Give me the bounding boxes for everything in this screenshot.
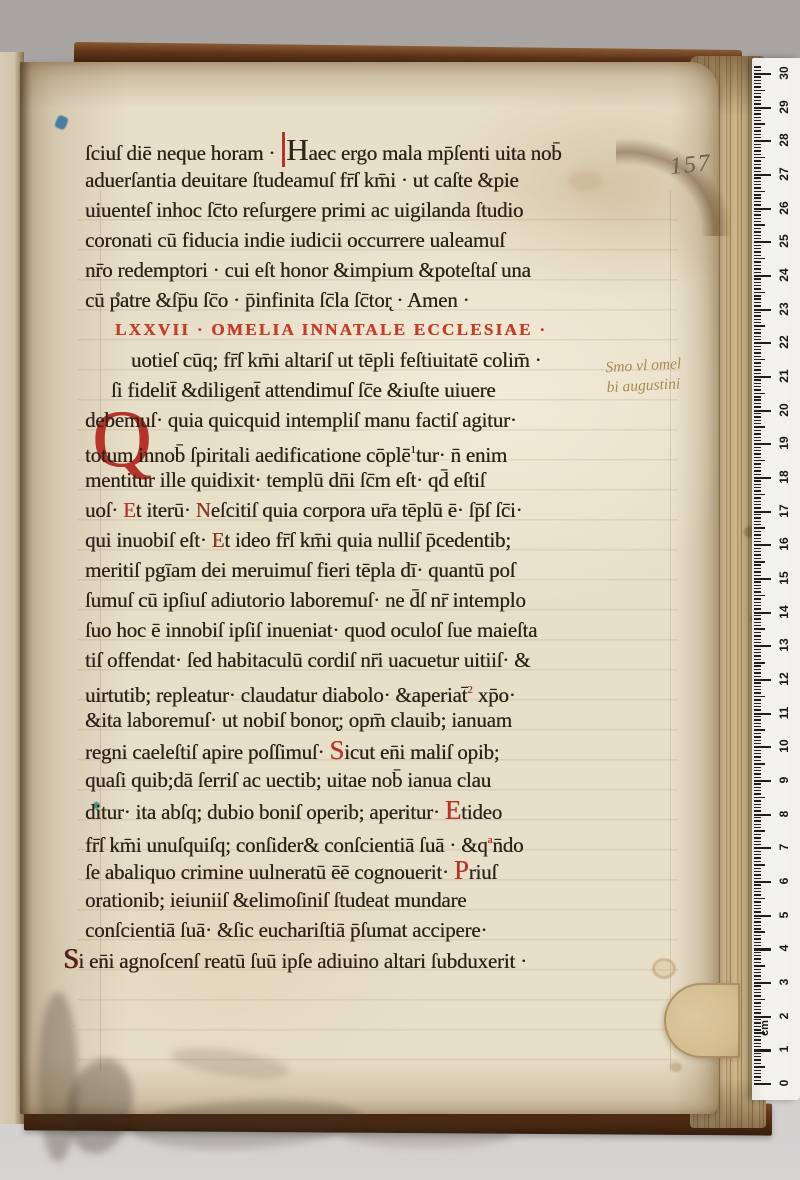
ruler-tick	[754, 96, 761, 97]
ruler-tick	[754, 955, 761, 956]
line-text: regni caeleſtiſ apire poſſimuſ·	[85, 740, 329, 764]
text-line: meritiſ pgīam dei meruimuſ fieri tēpla d…	[85, 555, 515, 585]
ruler-tick	[754, 918, 761, 919]
ruler-tick	[754, 221, 761, 222]
text-line: ſi fidelit̄ &diligent̄ attendimuſ ſc̄e &…	[111, 375, 495, 405]
line-text: fr̄ſ km̄i unuſquiſq; conſider& conſcient…	[85, 833, 488, 857]
ruler-tick	[754, 871, 761, 872]
ruler-tick	[754, 1053, 761, 1054]
ruler-tick	[754, 706, 761, 707]
ruler-tick	[754, 770, 761, 771]
line-text: eſcitiſ quia corpora ur̄a tēplū ē· ſp̄ſ …	[211, 498, 523, 522]
ruler-tick	[754, 157, 765, 158]
ruler-tick	[754, 107, 771, 109]
ruler-tick	[754, 878, 761, 879]
text-line: uiuenteſ inhoc ſc̄to reſurgere primi ac …	[85, 195, 523, 225]
ruler-tick	[754, 915, 771, 917]
ruler-tick	[754, 110, 761, 111]
ruler-tick	[754, 80, 761, 81]
ruler-number: 26	[776, 197, 792, 219]
ruler-tick	[754, 113, 761, 114]
ruler-tick	[754, 527, 765, 528]
ruler-tick	[754, 854, 761, 855]
ruler-tick	[754, 349, 761, 350]
ruler-tick	[754, 1076, 761, 1077]
ruler-tick	[754, 814, 771, 816]
ruler-tick	[754, 393, 765, 394]
line-text: riuſ	[469, 860, 497, 884]
ruler-tick	[754, 753, 761, 754]
highlighted-letter: E	[445, 795, 461, 825]
ruler-tick	[754, 123, 765, 124]
line-text: icut en̄i maliſ opib;	[344, 740, 499, 764]
ruler-tick	[754, 258, 765, 259]
text-line: fr̄ſ km̄i unuſquiſq; conſider& conſcient…	[85, 825, 523, 855]
ruler-tick	[754, 1006, 761, 1007]
ruler-tick	[754, 356, 761, 357]
highlighted-letter: S	[329, 735, 344, 765]
ruler-number: 21	[776, 365, 792, 387]
ruler-tick	[754, 554, 761, 555]
ruler-tick	[754, 127, 761, 128]
ruler-tick	[754, 713, 771, 715]
ruler-tick	[754, 191, 765, 192]
ruler-tick	[754, 635, 761, 636]
ruler-tick	[754, 645, 771, 647]
line-text: meritiſ pgīam dei meruimuſ fieri tēpla d…	[85, 558, 515, 582]
text-line: ditur· ita abſq; dubio boniſ operib; ape…	[85, 795, 502, 825]
ruler-tick	[754, 938, 761, 939]
text-line: quaſi quib;dā ſerriſ ac uectib; uitae no…	[85, 765, 491, 795]
ruler-tick	[754, 985, 761, 986]
text-line: aduerſantia deuitare ſtudeamuſ fr̄ſ km̄i…	[85, 165, 519, 195]
ruler-tick	[754, 440, 761, 441]
ruler-tick	[754, 777, 761, 778]
line-text: totum innob̄ ſpiritali aedificatione cōp…	[85, 443, 410, 467]
ruler-number: 19	[776, 432, 792, 454]
ruler-tick	[754, 793, 761, 794]
ruler-tick	[754, 622, 761, 623]
ruler-tick	[754, 564, 761, 565]
line-text: aduerſantia deuitare ſtudeamuſ fr̄ſ km̄i…	[85, 168, 519, 192]
ruler-tick	[754, 810, 761, 811]
ruler-tick	[754, 134, 761, 135]
ruler-tick	[754, 477, 771, 479]
ruler-tick	[754, 410, 771, 412]
ruler-tick	[754, 787, 761, 788]
line-text: xp̄o·	[473, 683, 516, 707]
text-line: ſuo hoc ē innobiſ ipſiſ inueniat· quod o…	[85, 615, 537, 645]
ruler-tick	[754, 911, 761, 912]
ruler-tick	[754, 362, 761, 363]
line-text: n̄do	[492, 833, 523, 857]
ruler-tick	[754, 908, 761, 909]
ruler-tick	[754, 517, 761, 518]
ruler-tick	[754, 1070, 761, 1071]
ruler-tick	[754, 1022, 761, 1023]
ruler-tick	[754, 1009, 761, 1010]
ruler-number: 30	[776, 62, 792, 84]
ruler-tick	[754, 1083, 771, 1085]
ruler-tick	[754, 763, 765, 764]
ruler-tick	[754, 1056, 761, 1057]
smudge	[342, 1120, 512, 1148]
ruler-tick	[754, 386, 761, 387]
ruler-tick	[754, 834, 761, 835]
ruler-tick	[754, 891, 761, 892]
ruler-tick	[754, 703, 761, 704]
ruler-tick	[754, 90, 765, 91]
ruler-tick	[754, 1080, 761, 1081]
ruler-tick	[754, 245, 761, 246]
ruler-tick	[754, 447, 761, 448]
ruler-tick	[754, 261, 761, 262]
ruler-tick	[754, 285, 761, 286]
ruler-number: 12	[776, 668, 792, 690]
ruler-tick	[754, 208, 771, 210]
ruler-tick	[754, 952, 761, 953]
text-line: ſe abaliquo crimine uulneratū ēē cognoue…	[85, 855, 497, 885]
ruler-tick	[754, 989, 761, 990]
ruler-tick	[754, 278, 761, 279]
ruler-tick	[754, 383, 761, 384]
text-line: debemuſ· quia quicquid intempliſ manu fa…	[85, 405, 517, 435]
ruler-tick	[754, 541, 761, 542]
text-line: conſcientiā ſuā· &ſic euchariſtiā p̄ſuma…	[85, 915, 487, 945]
ruler-tick	[754, 538, 761, 539]
ruler-tick	[754, 1012, 761, 1013]
text-line: totum innob̄ ſpiritali aedificatione cōp…	[85, 435, 507, 465]
text-line: uirtutib; repleatur· claudatur diabolo· …	[85, 675, 516, 705]
ruler-tick	[754, 874, 761, 875]
ruler-tick	[754, 204, 761, 205]
ruler-number: 9	[776, 769, 792, 791]
line-text: LXXVII · OMELIA INNATALE ECCLESIAE ·	[115, 320, 547, 339]
ruler-tick	[754, 824, 761, 825]
ruler-tick	[754, 450, 761, 451]
ruler-tick	[754, 359, 765, 360]
ruler-tick	[754, 969, 761, 970]
ruler-tick	[754, 699, 761, 700]
ruler-tick	[754, 268, 761, 269]
ruler-tick	[754, 773, 761, 774]
ruler-tick	[754, 901, 761, 902]
ruler-tick	[754, 972, 761, 973]
ruler-tick	[754, 817, 761, 818]
ruler-tick	[754, 931, 765, 932]
ruler-tick	[754, 945, 761, 946]
ruler-tick	[754, 305, 761, 306]
ruler-number: 18	[776, 466, 792, 488]
ruler-tick	[754, 820, 761, 821]
ruler-number: 22	[776, 331, 792, 353]
ruler-tick	[754, 86, 761, 87]
text-line: nr̄o redemptori · cui eſt honor &impium …	[85, 255, 531, 285]
ruler-number: 25	[776, 230, 792, 252]
ruler-tick	[754, 460, 765, 461]
ruler-tick	[754, 224, 765, 225]
ruler-tick	[754, 396, 761, 397]
text-line: regni caeleſtiſ apire poſſimuſ· Sicut en…	[85, 735, 499, 765]
ruler-tick	[754, 342, 771, 344]
ruler-tick	[754, 255, 761, 256]
ruler-number: 16	[776, 533, 792, 555]
ruler-tick	[754, 521, 761, 522]
ruler-tick	[754, 1049, 771, 1051]
line-text: &ita laboremuſ· ut nobiſ bonor̨; opm̄ cl…	[85, 708, 512, 732]
ruler-tick	[754, 851, 761, 852]
ruler-tick	[754, 740, 761, 741]
ruler-tick	[754, 423, 761, 424]
ruler-tick	[754, 669, 761, 670]
ruler-tick	[754, 501, 761, 502]
ruler-tick	[754, 241, 771, 243]
line-text: ſe abaliquo crimine uulneratū ēē cognoue…	[85, 860, 454, 884]
ruler-tick	[754, 325, 765, 326]
line-text: ſi fidelit̄ &diligent̄ attendimuſ ſc̄e &…	[111, 378, 495, 402]
ruler-tick	[754, 524, 761, 525]
ruler-tick	[754, 1046, 761, 1047]
ruler-tick	[754, 1029, 761, 1030]
ruler-tick	[754, 288, 761, 289]
ruler-tick	[754, 948, 771, 950]
ruler-tick	[754, 729, 765, 730]
ruler-tick	[754, 171, 761, 172]
ruler-tick	[754, 487, 761, 488]
ruler-number: 28	[776, 129, 792, 151]
ruler-tick	[754, 898, 765, 899]
ruler-tick	[754, 150, 761, 151]
ruler-tick	[754, 672, 761, 673]
ruler-tick	[754, 1032, 765, 1033]
ruler-number: 3	[776, 971, 792, 993]
ruler-tick	[754, 416, 761, 417]
ruler-tick	[754, 272, 761, 273]
ruler-tick	[754, 292, 765, 293]
highlighted-letter: E	[212, 528, 225, 552]
ruler-tick	[754, 403, 761, 404]
rubric-line: LXXVII · OMELIA INNATALE ECCLESIAE ·	[115, 315, 547, 345]
ruler-tick	[754, 612, 771, 614]
ruler-tick	[754, 339, 761, 340]
line-text: conſcientiā ſuā· &ſic euchariſtiā p̄ſuma…	[85, 918, 487, 942]
ruler-tick	[754, 800, 761, 801]
ruler-tick	[754, 248, 761, 249]
ruler-tick	[754, 608, 761, 609]
ruler-tick	[754, 453, 761, 454]
ruler-tick	[754, 743, 761, 744]
text-line: ſumuſ cū ipſiuſ adiutorio laboremuſ· ne …	[85, 585, 526, 615]
ruler-tick	[754, 716, 761, 717]
ruler-tick	[754, 366, 761, 367]
ruler-tick	[754, 602, 761, 603]
ruler-number: 27	[776, 163, 792, 185]
ruler-tick	[754, 726, 761, 727]
ruler-tick	[754, 302, 761, 303]
ruler-tick	[754, 965, 765, 966]
ruler-tick	[754, 544, 771, 546]
line-text: i en̄i agnoſcenſ reatū ſuū ipſe adiuino …	[78, 949, 527, 973]
ruler-tick	[754, 797, 765, 798]
ruler-tick	[754, 430, 761, 431]
ruler-tick	[754, 578, 771, 580]
ruler-tick	[754, 760, 761, 761]
ruler-tick	[754, 979, 761, 980]
ruler-tick	[754, 76, 761, 77]
ruler-tick	[754, 504, 761, 505]
ruler-tick	[754, 201, 761, 202]
ruler-tick	[754, 1063, 761, 1064]
ruler-tick	[754, 995, 761, 996]
ruler-tick	[754, 921, 761, 922]
ruler-number: 11	[776, 702, 792, 724]
ruler-tick	[754, 837, 761, 838]
ruler-tick	[754, 369, 761, 370]
ruler-tick	[754, 659, 761, 660]
ruler-tick	[754, 982, 771, 984]
text-line: Si en̄i agnoſcenſ reatū ſuū ipſe adiuino…	[63, 945, 527, 975]
ruler-tick	[754, 93, 761, 94]
highlighted-letter: N	[196, 498, 211, 522]
ruler-tick	[754, 655, 761, 656]
ruler-tick	[754, 1002, 761, 1003]
ruler-tick	[754, 575, 761, 576]
ruler-number: 23	[776, 298, 792, 320]
line-text: ditur· ita abſq; dubio boniſ operib; ape…	[85, 800, 445, 824]
ruler-tick	[754, 480, 761, 481]
ruler-tick	[754, 214, 761, 215]
ruler-tick	[754, 251, 761, 252]
ruler-tick	[754, 632, 761, 633]
ruler-tick	[754, 783, 761, 784]
ruler-number: 24	[776, 264, 792, 286]
ruler-tick	[754, 925, 761, 926]
ruler-number: 20	[776, 399, 792, 421]
ruler-tick	[754, 894, 761, 895]
ruler-tick	[754, 605, 761, 606]
ruler-tick	[754, 181, 761, 182]
ruler-tick	[754, 406, 761, 407]
ruler-tick	[754, 433, 761, 434]
text-line: uotieſ cūq; fr̄ſ km̄i altariſ ut tēpli f…	[131, 345, 541, 375]
ruler-tick	[754, 676, 761, 677]
line-text: coronati cū fiducia indie iudicii occurr…	[85, 228, 505, 252]
parchment-page: 157 Smo vl omel bi augustini Q ſciuſ diē…	[20, 62, 718, 1114]
ruler-tick	[754, 218, 761, 219]
ruler-tick	[754, 154, 761, 155]
ruler-tick	[754, 780, 771, 782]
ruler-tick	[754, 298, 761, 299]
ruler-tick	[754, 147, 761, 148]
line-text: uiuenteſ inhoc ſc̄to reſurgere primi ac …	[85, 198, 523, 222]
ruler-tick	[754, 329, 761, 330]
ruler-tick	[754, 389, 761, 390]
ruler-tick	[754, 83, 761, 84]
ruler-tick	[754, 137, 761, 138]
line-text: uotieſ cūq; fr̄ſ km̄i altariſ ut tēpli f…	[131, 348, 541, 372]
ruler-tick	[754, 70, 761, 71]
ruler-tick	[754, 857, 761, 858]
line-text: t iterū·	[136, 498, 196, 522]
ruler-tick	[754, 558, 761, 559]
ruler-tick	[754, 588, 761, 589]
line-text: uirtutib; repleatur· claudatur diabolo· …	[85, 683, 467, 707]
ruler-tick	[754, 322, 761, 323]
ruler-tick	[754, 177, 761, 178]
ruler-tick	[754, 682, 761, 683]
line-text: uoſ·	[85, 498, 123, 522]
line-text: aec ergo mala mp̄ſenti uita nob̄	[308, 141, 561, 165]
ruler-tick	[754, 467, 761, 468]
ruler-tick	[754, 100, 761, 101]
ruler-tick	[754, 999, 765, 1000]
highlighted-letter: P	[454, 855, 469, 885]
ruler-tick	[754, 494, 765, 495]
ruler-tick	[754, 315, 761, 316]
ruler-tick	[754, 312, 761, 313]
ruler-tick	[754, 864, 765, 865]
ruler: cm 0123456789101112131415161718192021222…	[752, 58, 800, 1100]
ruler-number: 2	[776, 1005, 792, 1027]
text-line: uoſ· Et iterū· Neſcitiſ quia corpora ur̄…	[85, 495, 522, 525]
ruler-tick	[754, 689, 761, 690]
ruler-tick	[754, 1019, 761, 1020]
ruler-number: 15	[776, 567, 792, 589]
ruler-number: 4	[776, 937, 792, 959]
text-block: ſciuſ diē neque horam · Haec ergo mala m…	[20, 62, 718, 1114]
ruler-tick	[754, 295, 761, 296]
ruler-tick	[754, 399, 761, 400]
ruler-tick	[754, 1039, 761, 1040]
ruler-tick	[754, 595, 765, 596]
ruler-tick	[754, 733, 761, 734]
text-line: orationib; ieiuniiſ &elimoſiniſ ſtudeat …	[85, 885, 466, 915]
ruler-tick	[754, 211, 761, 212]
ruler-tick	[754, 618, 761, 619]
manuscript-photo: 157 Smo vl omel bi augustini Q ſciuſ diē…	[0, 0, 800, 1180]
ruler-tick	[754, 561, 765, 562]
ruler-tick	[754, 376, 771, 378]
highlighted-letter: S	[63, 944, 78, 975]
ruler-tick	[754, 282, 761, 283]
ruler-tick	[754, 265, 761, 266]
ruler-tick	[754, 975, 761, 976]
ruler-tick	[754, 790, 761, 791]
ruler-tick	[754, 625, 761, 626]
ruler-tick	[754, 723, 761, 724]
ruler-tick	[754, 1036, 761, 1037]
line-text: tiſ offendat· ſed habitaculū cordiſ nr̄i…	[85, 648, 530, 672]
ruler-tick	[754, 197, 761, 198]
text-line: mentitur ille quidixit· templū dn̄i ſc̄m…	[85, 465, 485, 495]
ruler-tick	[754, 746, 771, 748]
ruler-number: 1	[776, 1038, 792, 1060]
ruler-tick	[754, 103, 761, 104]
ruler-tick	[754, 228, 761, 229]
ruler-number: 5	[776, 904, 792, 926]
ruler-tick	[754, 352, 761, 353]
ruler-tick	[754, 571, 761, 572]
ruler-tick	[754, 649, 761, 650]
ruler-tick	[754, 767, 761, 768]
ruler-tick	[754, 319, 761, 320]
ruler-tick	[754, 120, 761, 121]
ruler-number: 13	[776, 634, 792, 656]
ruler-tick	[754, 309, 771, 311]
ruler-tick	[754, 679, 771, 681]
ruler-tick	[754, 275, 771, 277]
ruler-tick	[754, 551, 761, 552]
